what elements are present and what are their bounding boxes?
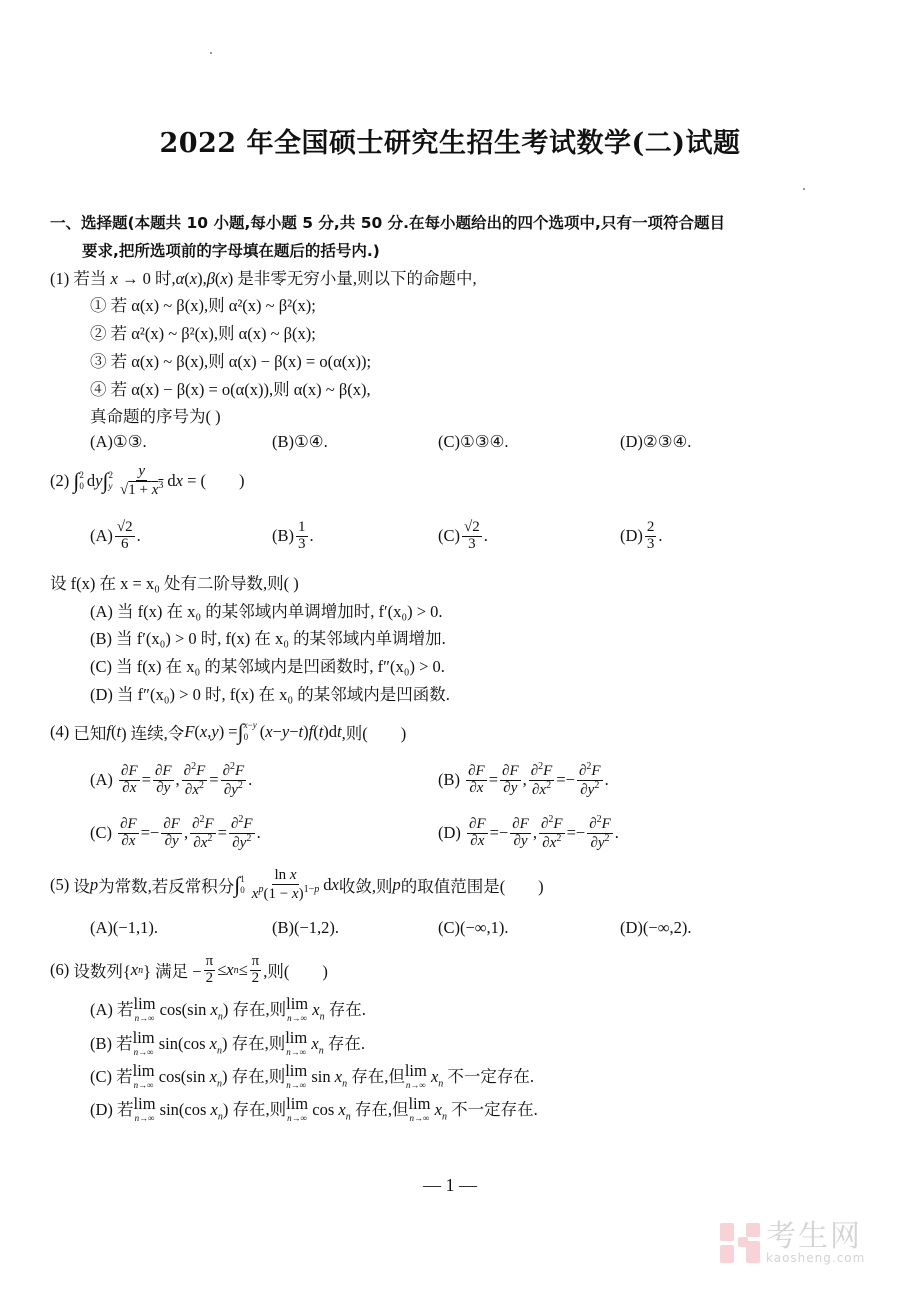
q1-prompt: 真命题的序号为( ) — [90, 403, 221, 427]
q5-stem: (5) 设 p 为常数,若反常积分 ∫10 ln xxp(1 − x)1−pdx… — [50, 868, 544, 903]
q6-option-c: (C) 若limn→∞ cos(sin xn) 存在,则limn→∞ sin x… — [90, 1063, 534, 1090]
q2-option-c: (C) √23. — [438, 520, 488, 553]
q6-option-a: (A) 若limn→∞ cos(sin xn) 存在,则limn→∞ xn 存在… — [90, 996, 366, 1023]
q1-statement-1: ① 若 α(x) ~ β(x),则 α²(x) ~ β²(x); — [90, 292, 316, 316]
q4-option-a: (A) ∂F∂x = ∂F∂y, ∂2F∂x2 = ∂2F∂y2. — [90, 762, 252, 799]
q2-option-d: (D) 23. — [620, 520, 663, 553]
q3-stem: 设 f(x) 在 x = x₀ 处有二阶导数,则( ) — [50, 570, 299, 594]
q4-option-b: (B) ∂F∂x = ∂F∂y, ∂2F∂x2 = − ∂2F∂y2. — [438, 762, 609, 799]
q2-stem: (2) ∫20dy ∫2y y√1 + x3dx = ( ) — [50, 464, 245, 499]
q5-option-b: (B)(−1,2). — [272, 918, 339, 938]
kaosheng-logo-icon — [720, 1223, 760, 1263]
q3-option-b: (B) 当 f′(x₀) > 0 时, f(x) 在 x₀ 的某邻域内单调增加. — [90, 625, 446, 649]
q6-stem: (6) 设数列{xn} 满足 − π2 ≤ xn ≤ π2,则( ) — [50, 954, 328, 987]
watermark-en: kaosheng.com — [766, 1252, 865, 1264]
section-heading-line2: 要求,把所选项前的字母填在题后的括号内.) — [82, 239, 380, 261]
q4-stem: (4) 已知 f(t) 连续,令 F(x,y) = ∫x−y0 (x − y −… — [50, 719, 406, 745]
watermark-cn: 考生网 — [766, 1222, 865, 1252]
q3-option-c: (C) 当 f(x) 在 x₀ 的某邻域内是凹函数时, f″(x₀) > 0. — [90, 653, 445, 677]
q1-statement-2: ② 若 α²(x) ~ β²(x),则 α(x) ~ β(x); — [90, 320, 316, 344]
q6-option-d: (D) 若limn→∞ sin(cos xn) 存在,则limn→∞ cos x… — [90, 1096, 538, 1123]
q2-option-a: (A) √26. — [90, 520, 141, 553]
q5-option-c: (C)(−∞,1). — [438, 918, 509, 938]
q3-option-a: (A) 当 f(x) 在 x₀ 的某邻域内单调增加时, f′(x₀) > 0. — [90, 598, 443, 622]
q6-option-b: (B) 若limn→∞ sin(cos xn) 存在,则limn→∞ xn 存在… — [90, 1030, 365, 1057]
q3-option-d: (D) 当 f″(x₀) > 0 时, f(x) 在 x₀ 的某邻域内是凹函数. — [90, 681, 450, 705]
page-title: 2022 年全国硕士研究生招生考试数学(二)试题 — [0, 121, 900, 160]
page-number: — 1 — — [0, 1175, 900, 1196]
q4-option-c: (C) ∂F∂x = − ∂F∂y, ∂2F∂x2 = ∂2F∂y2. — [90, 815, 261, 852]
q5-option-d: (D)(−∞,2). — [620, 918, 691, 938]
q1-option-a: (A)①③. — [90, 432, 147, 452]
q1-option-d: (D)②③④. — [620, 432, 691, 452]
q1-option-c: (C)①③④. — [438, 432, 509, 452]
q1-statement-3: ③ 若 α(x) ~ β(x),则 α(x) − β(x) = o(α(x)); — [90, 348, 371, 372]
q4-option-d: (D) ∂F∂x = − ∂F∂y, ∂2F∂x2 = − ∂2F∂y2. — [438, 815, 619, 852]
watermark: 考生网 kaosheng.com — [720, 1222, 865, 1264]
q5-option-a: (A)(−1,1). — [90, 918, 158, 938]
q1-statement-4: ④ 若 α(x) − β(x) = o(α(x)),则 α(x) ~ β(x), — [90, 376, 371, 400]
section-heading-line1: 一、选择题(本题共 10 小题,每小题 5 分,共 50 分.在每小题给出的四个… — [50, 211, 725, 233]
q1-option-b: (B)①④. — [272, 432, 328, 452]
q1-stem: (1) 若当 x → 0 时,α(x),β(x) 是非零无穷小量,则以下的命题中… — [50, 265, 477, 289]
q2-option-b: (B) 13. — [272, 520, 314, 553]
